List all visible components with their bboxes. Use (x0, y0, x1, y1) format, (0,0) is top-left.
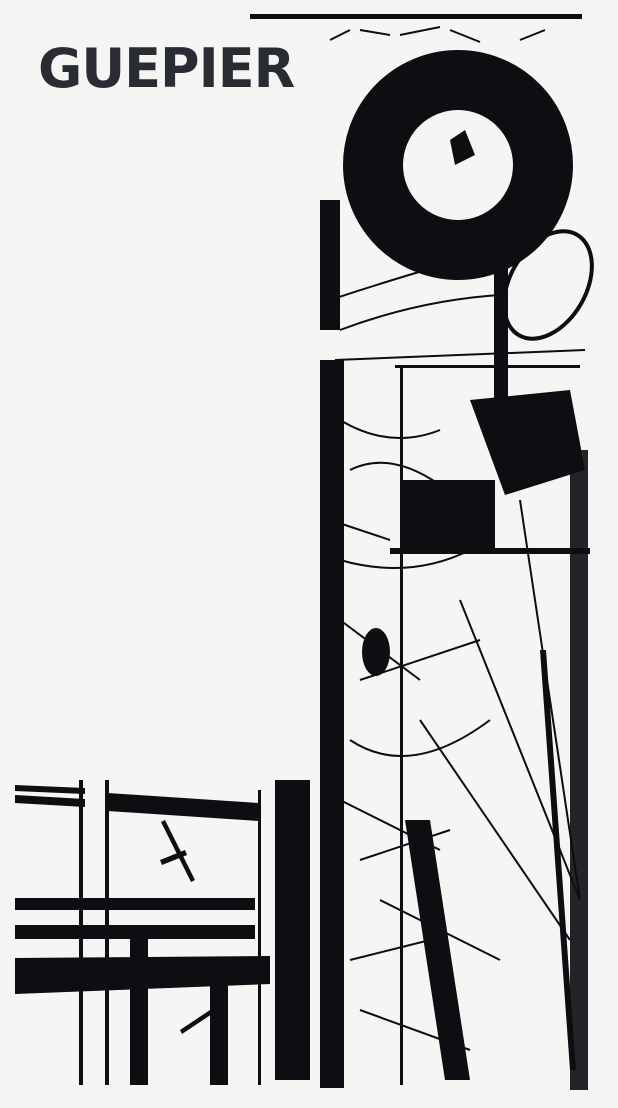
artwork-page: GUEPIER (0, 0, 618, 1108)
top-rule (250, 14, 582, 19)
artwork-title: GUEPIER (38, 42, 294, 96)
abstract-collage (0, 0, 618, 1108)
black-ring (373, 80, 543, 250)
tall-bar (320, 360, 344, 1088)
lower-left-grid (15, 780, 310, 1085)
